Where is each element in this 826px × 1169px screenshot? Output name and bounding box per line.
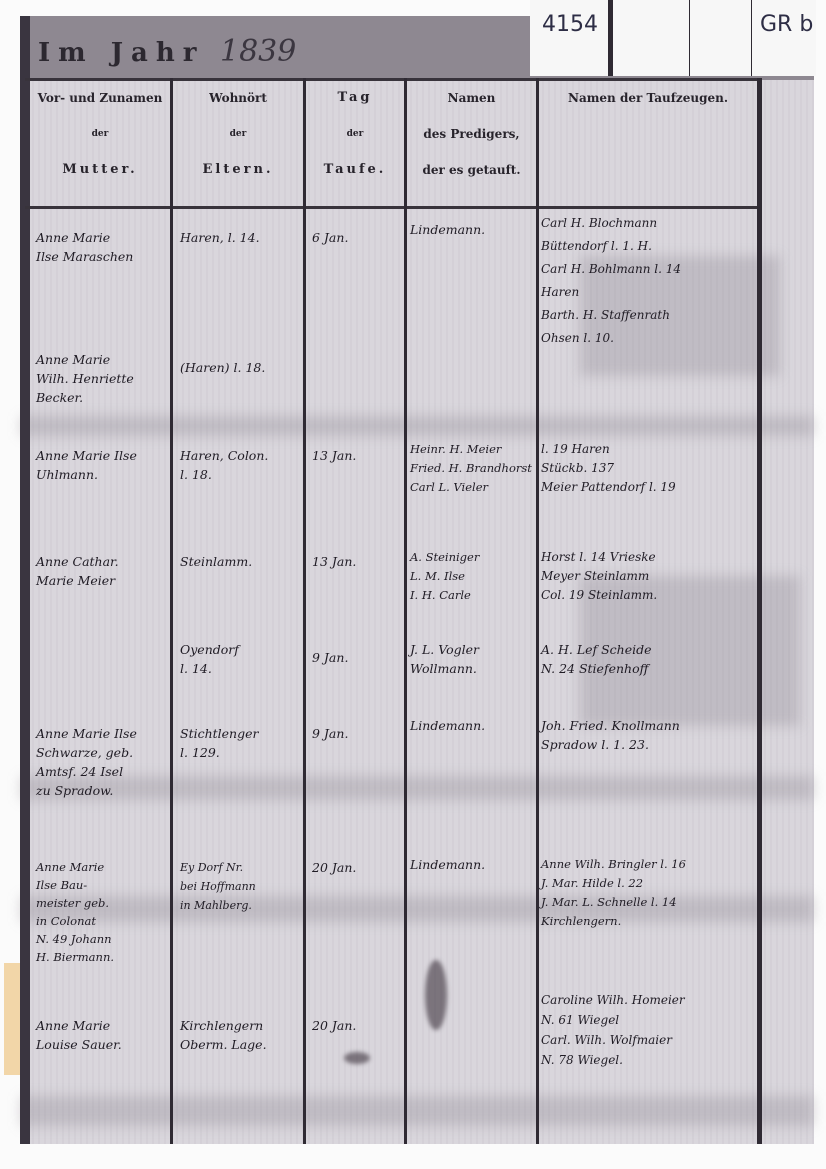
entry-witnesses: Anne Wilh. Bringler l. 16 J. Mar. Hilde … xyxy=(541,855,757,931)
column-divider xyxy=(757,78,762,1144)
column-header-residence: Wohnört der Eltern. xyxy=(173,80,303,188)
column-header-date: Tag der Taufe. xyxy=(306,80,404,188)
column-header-witnesses: Namen der Taufzeugen. xyxy=(539,80,757,116)
corner-label-1: 4154 xyxy=(530,0,610,76)
column-divider xyxy=(303,78,306,1144)
column-divider xyxy=(404,78,407,1144)
entry-residence: Stichtlenger l. 129. xyxy=(180,724,302,762)
ink-blot xyxy=(344,1052,370,1064)
entry-preacher: Lindemann. xyxy=(410,855,536,874)
entry-witnesses: l. 19 Haren Stückb. 137 Meier Pattendorf… xyxy=(541,440,757,497)
entry-witnesses: Horst l. 14 Vrieske Meyer Steinlamm Col.… xyxy=(541,548,757,605)
entry-mother: Anne Marie Ilse Bau- meister geb. in Col… xyxy=(36,858,170,966)
entry-residence: Haren, l. 14. xyxy=(180,228,302,247)
entry-preacher: A. Steiniger L. M. Ilse I. H. Carle xyxy=(410,548,536,605)
entry-mother: Anne Marie Wilh. Henriette Becker. xyxy=(36,350,170,407)
entry-mother: Anne Cathar. Marie Meier xyxy=(36,552,170,590)
entry-date: 20 Jan. xyxy=(312,858,402,877)
entry-witnesses: Carl H. Blochmann Büttendorf l. 1. H. Ca… xyxy=(541,212,757,350)
entry-witnesses: Joh. Fried. Knollmann Spradow l. 1. 23. xyxy=(541,716,757,754)
column-divider xyxy=(170,78,173,1144)
entry-date: 13 Jan. xyxy=(312,446,402,465)
corner-label-2 xyxy=(613,0,689,76)
entry-residence: Oyendorf l. 14. xyxy=(180,640,302,678)
entry-preacher: Lindemann. xyxy=(410,716,536,735)
entry-mother: Anne Marie Ilse Schwarze, geb. Amtsf. 24… xyxy=(36,724,170,800)
entry-residence: Steinlamm. xyxy=(180,552,302,571)
title-prefix: Im Jahr xyxy=(38,38,204,68)
entry-preacher: Lindemann. xyxy=(410,220,536,239)
archive-code: GR b xyxy=(760,12,813,37)
header-bottom-rule xyxy=(25,206,760,209)
tape-strip xyxy=(4,963,20,1075)
entry-mother: Anne Marie Ilse Maraschen xyxy=(36,228,170,266)
ink-blot xyxy=(425,960,447,1030)
title-year: 1839 xyxy=(220,34,296,69)
column-divider xyxy=(536,78,539,1144)
archive-number: 4154 xyxy=(542,12,598,37)
entry-mother: Anne Marie Ilse Uhlmann. xyxy=(36,446,170,484)
entry-date: 9 Jan. xyxy=(312,724,402,743)
entry-preacher: J. L. Vogler Wollmann. xyxy=(410,640,536,678)
entry-witnesses: A. H. Lef Scheide N. 24 Stiefenhoff xyxy=(541,640,757,678)
entry-date: 6 Jan. xyxy=(312,228,402,247)
entry-residence: Kirchlengern Oberm. Lage. xyxy=(180,1016,302,1054)
left-binding-edge xyxy=(20,16,30,1144)
corner-label-3 xyxy=(690,0,751,76)
entry-residence: Haren, Colon. l. 18. xyxy=(180,446,302,484)
entry-date: 9 Jan. xyxy=(312,648,402,667)
entry-date: 13 Jan. xyxy=(312,552,402,571)
entry-witnesses: Caroline Wilh. Homeier N. 61 Wiegel Carl… xyxy=(541,990,757,1070)
entry-residence: (Haren) l. 18. xyxy=(180,358,302,377)
entry-residence: Ey Dorf Nr. bei Hoffmann in Mahlberg. xyxy=(180,858,302,915)
corner-label-4: GR b xyxy=(752,0,816,76)
column-header-mother: Vor- und Zunamen der Mutter. xyxy=(30,80,170,188)
entry-mother: Anne Marie Louise Sauer. xyxy=(36,1016,170,1054)
entry-preacher: Heinr. H. Meier Fried. H. Brandhorst Car… xyxy=(410,440,536,497)
entry-date: 20 Jan. xyxy=(312,1016,402,1035)
column-header-preacher: Namen des Predigers, der es getauft. xyxy=(407,80,536,188)
